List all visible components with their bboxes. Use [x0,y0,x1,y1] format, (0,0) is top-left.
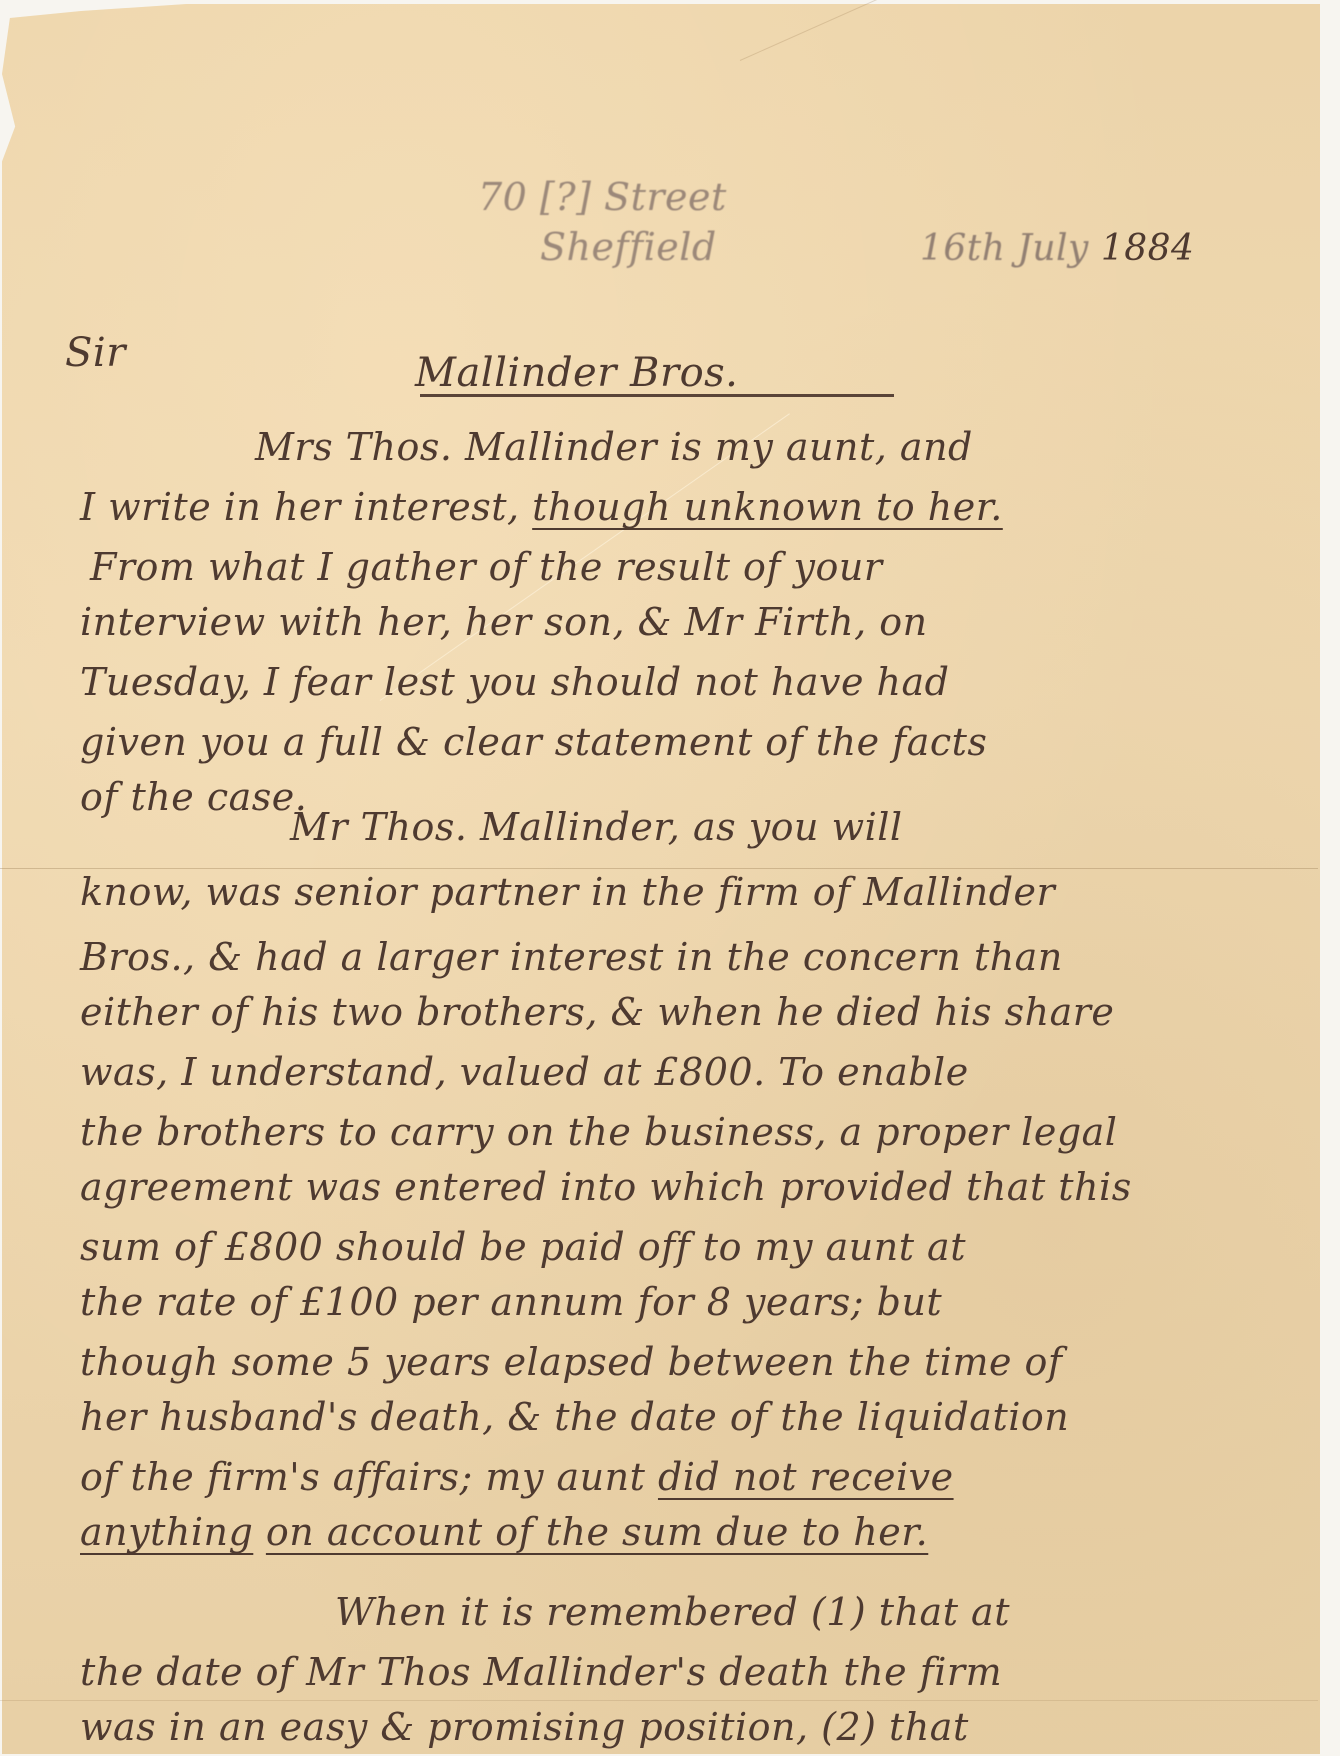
date-day-month: 16th July [920,228,1089,269]
body-line: either of his two brothers, & when he di… [80,990,1114,1034]
body-line: though some 5 years elapsed between the … [80,1340,1063,1384]
body-line: was in an easy & promising position, (2)… [80,1705,969,1749]
body-line: her husband's death, & the date of the l… [80,1395,1069,1439]
body-line: the date of Mr Thos Mallinder's death th… [80,1650,1002,1694]
body-text: I write in her interest, [80,485,532,529]
body-line: the brothers to carry on the business, a… [80,1110,1117,1154]
body-line: When it is remembered (1) that at [335,1590,1010,1634]
underlined-text: anything [80,1510,253,1554]
subject-underline [420,394,894,397]
date-year: 1884 [1101,228,1195,269]
underlined-text: did not receive [658,1455,954,1499]
body-text: of the firm's affairs; my aunt [80,1455,658,1499]
body-line: Tuesday, I fear lest you should not have… [80,660,950,704]
body-line: agreement was entered into which provide… [80,1165,1132,1209]
body-line: of the firm's affairs; my aunt did not r… [80,1455,954,1499]
body-line: anything on account of the sum due to he… [80,1510,928,1554]
address-line-2: Sheffield [540,225,717,269]
subject-heading: Mallinder Bros. [415,350,738,396]
body-line: Mr Thos. Mallinder, as you will [290,805,903,849]
body-line: the rate of £100 per annum for 8 years; … [80,1280,942,1324]
salutation: Sir [65,330,126,376]
fold-crease [0,1700,1318,1701]
body-line: I write in her interest, though unknown … [80,485,1003,529]
body-line: sum of £800 should be paid off to my aun… [80,1225,966,1269]
body-line: given you a full & clear statement of th… [80,720,987,764]
underlined-text: on account of the sum due to her. [266,1510,928,1554]
body-line: know, was senior partner in the firm of … [80,870,1055,914]
underlined-text: though unknown to her. [532,485,1003,529]
fold-crease [0,868,1318,869]
letter-date: 16th July 1884 [920,228,1194,269]
body-line: was, I understand, valued at £800. To en… [80,1050,969,1094]
body-line: Bros., & had a larger interest in the co… [80,935,1063,979]
body-line: interview with her, her son, & Mr Firth,… [80,600,928,644]
address-line-1: 70 [?] Street [478,175,727,219]
body-line: of the case. [80,775,307,819]
body-line: Mrs Thos. Mallinder is my aunt, and [255,425,973,469]
body-line: From what I gather of the result of your [90,545,883,589]
